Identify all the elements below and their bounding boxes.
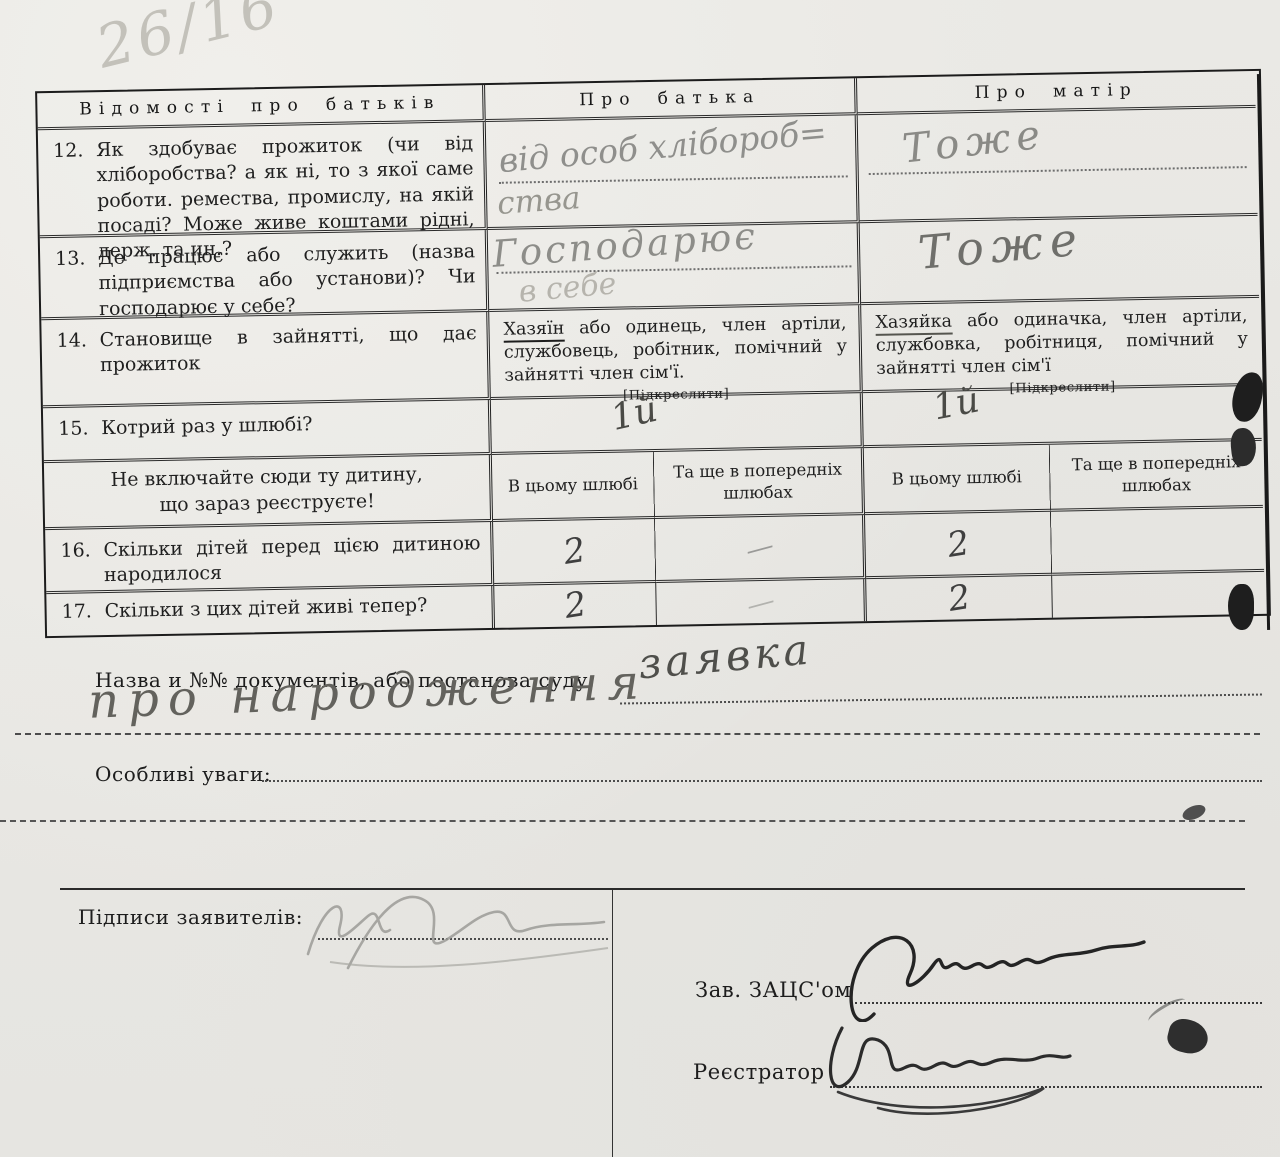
q14-mother-options-cell: Хазяйка або одиначка, член артіли, служб… [861, 298, 1261, 393]
handwritten-dash: — [741, 528, 777, 567]
answer-ruling-line [499, 175, 848, 183]
q17-father-prev-marriages-value: — [656, 579, 867, 625]
q12-mother-answer-cell: Тоже [858, 108, 1258, 223]
question-13-number: 13. [55, 246, 86, 272]
question-16-number: 16. [60, 538, 91, 564]
handwritten-count: 2 [561, 584, 589, 627]
children-instruction-line2: що зараз реєструєте! [159, 489, 375, 519]
zags-head-signature [838, 922, 1168, 1022]
question-14-number: 14. [56, 328, 87, 354]
special-notes-dotted-line [262, 780, 1262, 782]
q12-father-answer-line1: від особ хлібороб= [497, 112, 828, 180]
question-14-text: Становище в зайнятті, що дає прожиток [99, 322, 476, 376]
father-prev-marriages-header: Та ще в попередніх шлюбах [654, 448, 865, 519]
question-13: 13. Де працює або служить (назва підприє… [40, 230, 489, 320]
header-father-label: Про батька [579, 87, 760, 110]
q12-father-answer-line2: ства [496, 180, 582, 222]
handwritten-count: 2 [945, 577, 973, 620]
q17-father-this-marriage-value: 2 [494, 583, 657, 628]
question-15-number: 15. [58, 416, 89, 442]
question-15-text: Котрий раз у шлюбі? [101, 413, 313, 439]
registrar-signature [808, 1012, 1108, 1122]
header-questions-label: Відомості про батьків [79, 93, 441, 120]
blank-ruled-line [15, 733, 1260, 735]
q16-mother-this-marriage-value: 2 [865, 512, 1052, 579]
father-this-marriage-header: В цьому шлюбі [492, 452, 655, 522]
q13-mother-answer-cell: Тоже [860, 216, 1259, 305]
handwritten-count: 2 [560, 530, 588, 573]
question-12: 12. Як здобуває прожиток (чи від хліборо… [38, 122, 488, 238]
q14-father-underlined-option: Хазяїн [503, 319, 564, 343]
q15-father-answer: 1й [607, 389, 661, 439]
documents-dotted-line [620, 694, 1262, 705]
handwritten-dash: — [742, 583, 778, 622]
q15-father-answer-cell: 1й [491, 393, 864, 455]
children-instruction: Не включайте сюди ту дитину, що зараз ре… [44, 455, 493, 530]
q15-mother-answer: 1й [929, 379, 982, 428]
children-instruction-line1: Не включайте сюди ту дитину, [110, 463, 423, 494]
q16-father-prev-marriages-value: — [655, 515, 866, 583]
q12-father-answer-cell: від особ хлібороб= ства [486, 115, 860, 230]
section-divider-line [60, 888, 1245, 890]
q16-mother-prev-marriages-value [1051, 508, 1264, 576]
q17-mother-this-marriage-value: 2 [866, 576, 1053, 621]
question-15: 15. Котрий раз у шлюбі? [43, 400, 492, 463]
documents-handwritten-value-line2: про народження [87, 654, 649, 730]
registrar-label: Реєстратор [693, 1060, 825, 1084]
question-16-text: Скільки дітей перед цією дитиною народил… [103, 532, 480, 586]
pencil-archive-note: 26/16 [90, 0, 288, 82]
question-16: 16. Скільки дітей перед цією дитиною нар… [45, 522, 494, 594]
question-17: 17. Скільки з цих дітей живі тепер? [46, 586, 495, 636]
q13-father-answer-cell: Господарює в себе [488, 223, 861, 312]
parents-info-table: Відомості про батьків Про батька Про мат… [35, 69, 1271, 638]
special-notes-label: Особливі уваги: [95, 762, 271, 786]
question-17-number: 17. [61, 599, 92, 625]
mother-this-marriage-header: В цьому шлюбі [864, 445, 1051, 515]
scanned-registration-form: 26/16 Відомості про батьків Про батька П… [0, 0, 1280, 1157]
q15-mother-answer-cell: 1й [863, 386, 1262, 448]
q16-father-this-marriage-value: 2 [493, 519, 656, 586]
blank-ruled-line [0, 820, 1245, 822]
ink-blot [1165, 1016, 1212, 1058]
q12-mother-answer: Тоже [900, 112, 1048, 173]
ink-blot [1228, 584, 1254, 630]
header-mother-label: Про матір [974, 80, 1138, 103]
question-13-text: Де працює або служить (назва підприємств… [98, 240, 476, 319]
zags-head-label: Зав. ЗАЦС'ом [695, 978, 851, 1002]
question-17-text: Скільки з цих дітей живі тепер? [104, 594, 427, 622]
applicants-signature [290, 882, 630, 982]
applicants-signatures-label: Підписи заявителів: [78, 905, 303, 929]
q13-mother-answer: Тоже [916, 211, 1086, 279]
q14-mother-underlined-option: Хазяйка [875, 312, 952, 336]
question-12-number: 12. [53, 138, 84, 164]
q14-father-options-cell: Хазяїн або одинець, член артіли, службов… [489, 305, 863, 400]
handwritten-count: 2 [944, 522, 972, 565]
documents-handwritten-value: заявка [636, 624, 814, 688]
question-14: 14. Становище в зайнятті, що дає прожито… [41, 312, 491, 408]
